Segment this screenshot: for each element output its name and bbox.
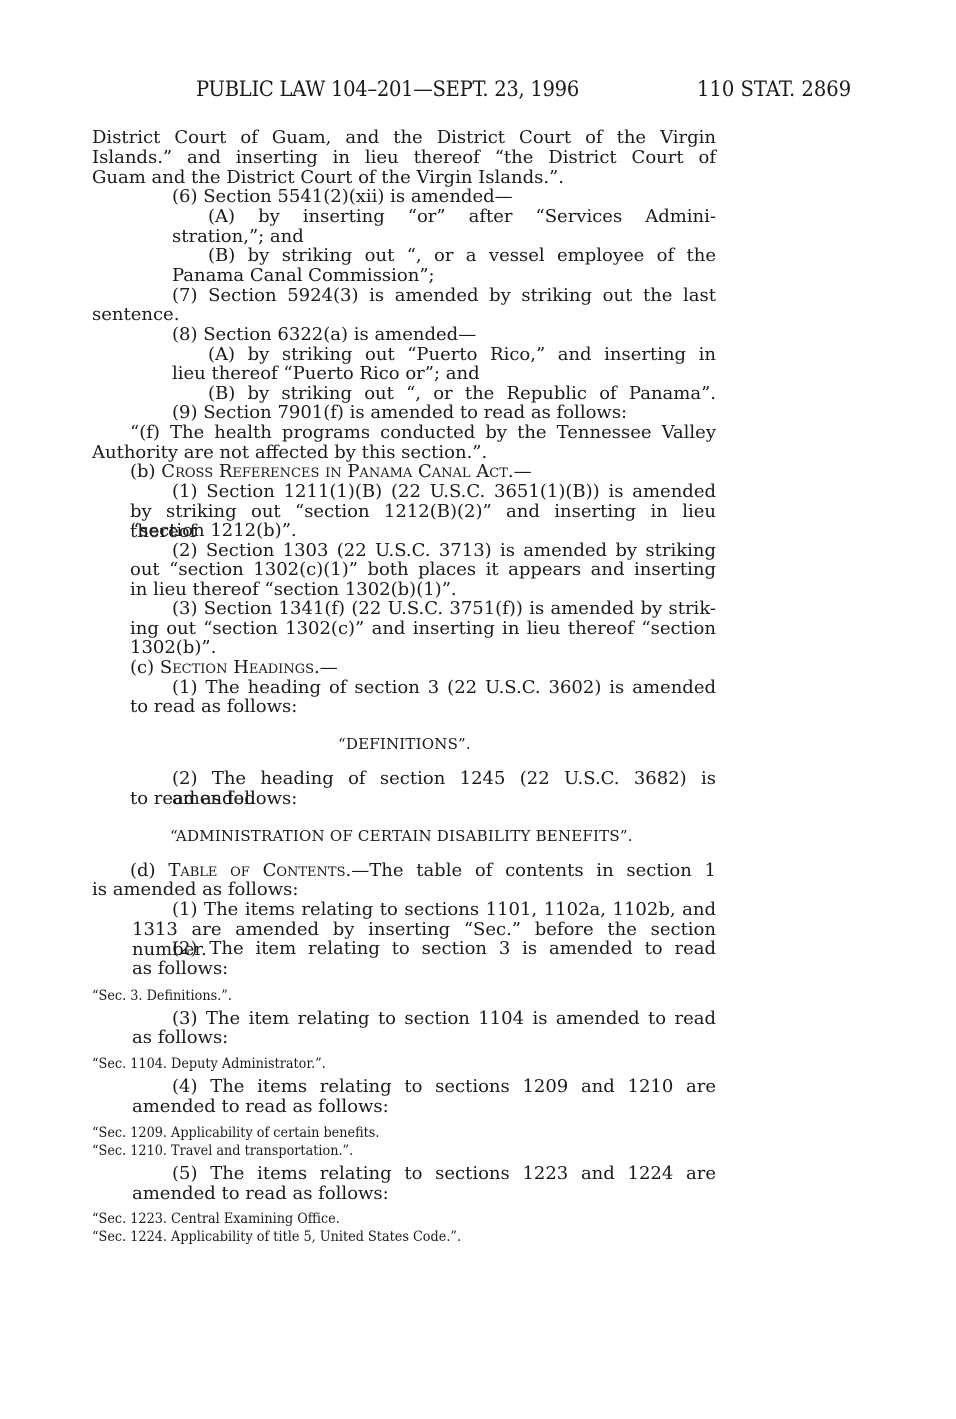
paragraph-8-a-line1: (A) by striking out “Puerto Rico,” and i… <box>208 345 716 365</box>
toc-item-sec-1209: “Sec. 1209. Applicability of certain ben… <box>92 1125 379 1141</box>
subsection-d-2-line2: as follows: <box>132 959 228 979</box>
paragraph-8-b-line1: (B) by striking out “, or the Republic o… <box>208 384 716 404</box>
subsection-c-2-line2: to read as follows: <box>130 789 297 809</box>
paragraph-6-a-line1: (A) by inserting “or” after “Services Ad… <box>208 207 716 227</box>
heading-definitions: “DEFINITIONS”. <box>338 735 471 753</box>
paragraph-6-lead: (6) Section 5541(2)(xii) is amended— <box>172 187 513 207</box>
subsection-b-3-line2: ing out “section 1302(c)” and inserting … <box>130 619 716 639</box>
running-header-page-ref: 110 STAT. 2869 <box>697 77 851 101</box>
subsection-b-title: Cross References in Panama Canal Act.— <box>161 461 531 482</box>
subsection-b-2-line2: out “section 1302(c)(1)” both places it … <box>130 560 716 580</box>
document-page: PUBLIC LAW 104–201—SEPT. 23, 1996 110 ST… <box>0 0 956 1419</box>
paragraph-8-lead: (8) Section 6322(a) is amended— <box>172 325 476 345</box>
paragraph-line: Guam and the District Court of the Virgi… <box>92 168 564 188</box>
paragraph-8-a-line2: lieu thereof “Puerto Rico or”; and <box>172 364 480 384</box>
paragraph-9-quote-line1: “(f) The health programs conducted by th… <box>130 423 716 443</box>
subsection-d-3-line2: as follows: <box>132 1028 228 1048</box>
paragraph-6-a-line2: stration,”; and <box>172 227 304 247</box>
subsection-b-1-line1: (1) Section 1211(1)(B) (22 U.S.C. 3651(1… <box>172 482 716 502</box>
subsection-d-5-line2: amended to read as follows: <box>132 1184 389 1204</box>
subsection-c-heading: (c) Section Headings.— <box>130 658 338 678</box>
subsection-d-heading: (d) Table of Contents.—The table of cont… <box>130 861 716 881</box>
subsection-d-2-line1: (2) The item relating to section 3 is am… <box>172 939 716 959</box>
toc-item-sec-1224: “Sec. 1224. Applicability of title 5, Un… <box>92 1229 461 1245</box>
subsection-c-1-line1: (1) The heading of section 3 (22 U.S.C. … <box>172 678 716 698</box>
paragraph-7-line1: (7) Section 5924(3) is amended by striki… <box>172 286 716 306</box>
paragraph-6-b-line2: Panama Canal Commission”; <box>172 266 435 286</box>
toc-item-sec-1104: “Sec. 1104. Deputy Administrator.”. <box>92 1056 326 1072</box>
subsection-d-1-line1: (1) The items relating to sections 1101,… <box>172 900 716 920</box>
subsection-d-4-line2: amended to read as follows: <box>132 1097 389 1117</box>
subsection-b-heading: (b) Cross References in Panama Canal Act… <box>130 462 532 482</box>
subsection-d-5-line1: (5) The items relating to sections 1223 … <box>172 1164 716 1184</box>
paragraph-7-line2: sentence. <box>92 305 179 325</box>
paragraph-9-lead: (9) Section 7901(f) is amended to read a… <box>172 403 627 423</box>
heading-administration-disability-benefits: “ADMINISTRATION OF CERTAIN DISABILITY BE… <box>170 827 633 845</box>
subsection-b-2-line3: in lieu thereof “section 1302(b)(1)”. <box>130 580 457 600</box>
subsection-b-3-line3: 1302(b)”. <box>130 638 216 658</box>
subsection-d-4-line1: (4) The items relating to sections 1209 … <box>172 1077 716 1097</box>
subsection-d-line2: is amended as follows: <box>92 880 298 900</box>
paragraph-line: District Court of Guam, and the District… <box>92 128 716 148</box>
subsection-d-title: Table of Contents. <box>168 860 351 881</box>
subsection-b-1-line3: “section 1212(b)”. <box>130 521 297 541</box>
toc-item-sec-1210: “Sec. 1210. Travel and transportation.”. <box>92 1143 353 1159</box>
paragraph-6-b-line1: (B) by striking out “, or a vessel emplo… <box>208 246 716 266</box>
running-header-title: PUBLIC LAW 104–201—SEPT. 23, 1996 <box>196 77 579 101</box>
subsection-d-3-line1: (3) The item relating to section 1104 is… <box>172 1009 716 1029</box>
subsection-b-3-line1: (3) Section 1341(f) (22 U.S.C. 3751(f)) … <box>172 599 716 619</box>
subsection-c-title: Section Headings.— <box>160 657 338 678</box>
paragraph-line: Islands.” and inserting in lieu thereof … <box>92 148 716 168</box>
toc-item-sec-1223: “Sec. 1223. Central Examining Office. <box>92 1211 340 1227</box>
subsection-c-1-line2: to read as follows: <box>130 697 297 717</box>
toc-item-sec-3: “Sec. 3. Definitions.”. <box>92 988 232 1004</box>
subsection-b-2-line1: (2) Section 1303 (22 U.S.C. 3713) is ame… <box>172 541 716 561</box>
paragraph-9-quote-line2: Authority are not affected by this secti… <box>92 443 487 463</box>
